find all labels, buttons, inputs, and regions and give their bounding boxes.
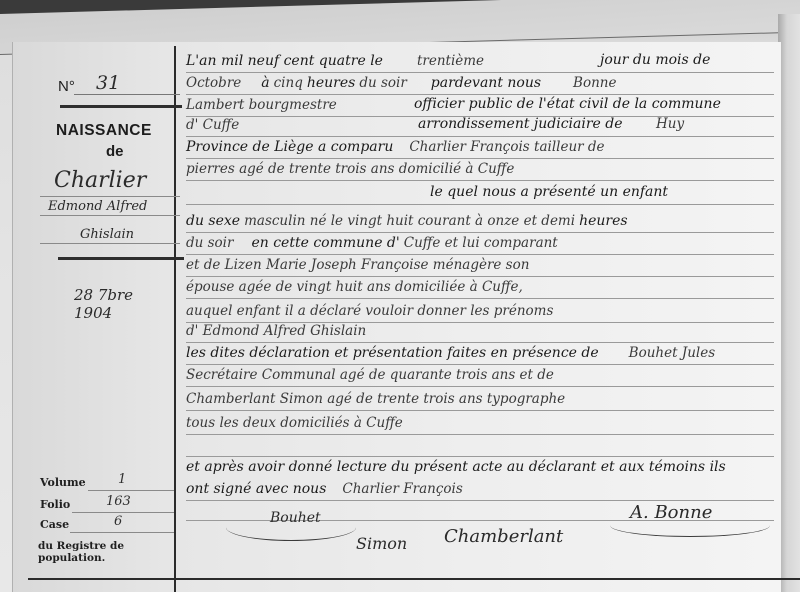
signature-flourish: [226, 514, 356, 541]
record-number-rule: [74, 94, 180, 95]
folio-value: 163: [106, 494, 131, 509]
handwritten-text: Charlier François tailleur de: [409, 139, 604, 155]
printed-text: Province de Liège a comparu: [186, 139, 393, 155]
printed-text: le quel nous a présenté un enfant: [430, 184, 668, 200]
given-rule-1: [40, 215, 180, 216]
printed-text: L'an mil neuf cent quatre le: [186, 53, 383, 69]
margin-divider: [174, 46, 176, 592]
printed-text: officier public de l'état civil de la co…: [414, 96, 721, 112]
body-line-11: épouse agée de vingt huit ans domiciliée…: [186, 278, 774, 302]
body-line-16: Chamberlant Simon agé de trente trois an…: [186, 390, 774, 414]
ruled-line: [186, 410, 774, 411]
margin-mid-divider: [58, 257, 184, 260]
handwritten-text: Bouhet Jules: [629, 345, 715, 361]
record-type-title: NAISSANCE: [56, 122, 152, 140]
body-line-7: le quel nous a présenté un enfant: [186, 184, 774, 208]
body-line-10: et de Lizen Marie Joseph Françoise ménag…: [186, 256, 774, 280]
folio-rule: [72, 512, 174, 513]
body-line-1: L'an mil neuf cent quatre le trentième j…: [186, 52, 774, 76]
ruled-line: [186, 276, 774, 277]
body-line-2: Octobre à cinq heures du soir pardevant …: [186, 74, 774, 98]
body-line-15: Secrétaire Communal agé de quarante troi…: [186, 366, 774, 390]
body-line-4: d' Cuffe arrondissement judiciaire de Hu…: [186, 116, 774, 140]
ruled-line: [186, 254, 774, 255]
printed-text: heures: [579, 213, 627, 229]
case-value: 6: [114, 514, 122, 529]
handwritten-text: Octobre: [186, 75, 241, 91]
handwritten-text: Cuffe et lui comparant: [404, 235, 558, 251]
given-rule-2: [40, 243, 180, 244]
ruled-line: [186, 456, 774, 457]
volume-rule: [88, 490, 174, 491]
ruled-line: [186, 204, 774, 205]
signature-flourish: [610, 514, 770, 537]
ruled-line: [186, 136, 774, 137]
blank-line: [186, 436, 774, 460]
body-line-9: du soir en cette commune d' Cuffe et lui…: [186, 234, 774, 258]
signature-witness-2-first: Simon: [356, 534, 407, 553]
handwritten-text: et de Lizen Marie Joseph Françoise ménag…: [186, 257, 529, 273]
handwritten-text: d' Edmond Alfred Ghislain: [186, 323, 366, 339]
ruled-line: [186, 386, 774, 387]
body-line-17: tous les deux domiciliés à Cuffe: [186, 414, 774, 438]
ruled-line: [186, 342, 774, 343]
printed-text: les dites déclaration et présentation fa…: [186, 345, 599, 361]
handwritten-text: Charlier François: [342, 481, 462, 497]
case-rule: [70, 532, 174, 533]
ruled-line: [186, 298, 774, 299]
handwritten-text: Bonne: [573, 75, 616, 91]
ruled-line: [186, 72, 774, 73]
body-line-6: pierres agé de trente trois ans domicili…: [186, 160, 774, 184]
folio-label: Folio: [40, 498, 70, 511]
handwritten-text: du soir: [359, 75, 406, 91]
ruled-line: [186, 232, 774, 233]
handwritten-text: Lambert bourgmestre: [186, 97, 337, 113]
handwritten-text: pierres agé de trente trois ans domicili…: [186, 161, 514, 177]
ruled-line: [186, 94, 774, 95]
handwritten-text: cinq: [274, 75, 303, 91]
handwritten-text: du soir: [186, 235, 233, 251]
adjacent-page-edge: [778, 14, 800, 592]
ruled-line: [186, 434, 774, 435]
record-number-label: N°: [58, 78, 75, 95]
volume-value: 1: [118, 472, 126, 487]
handwritten-text: épouse agée de vingt huit ans domiciliée…: [186, 279, 523, 295]
handwritten-text: masculin né le vingt huit courant à onze…: [244, 213, 575, 229]
record-number-value: 31: [96, 72, 120, 94]
printed-text: en cette commune d': [251, 235, 399, 251]
volume-label: Volume: [40, 476, 86, 489]
ruled-line: [186, 180, 774, 181]
body-line-8: du sexe masculin né le vingt huit couran…: [186, 212, 774, 236]
body-line-5: Province de Liège a comparu Charlier Fra…: [186, 138, 774, 162]
margin-column: N° 31 NAISSANCE de Charlier Edmond Alfre…: [14, 0, 174, 592]
record-type-de: de: [106, 143, 124, 160]
register-footer: du Registre de population.: [38, 540, 174, 564]
child-given-names-1: Edmond Alfred: [48, 199, 147, 214]
printed-text: pardevant nous: [431, 75, 541, 91]
record-date: 28 7bre 1904: [74, 286, 174, 322]
printed-text: et après avoir donné lecture du présent …: [186, 459, 726, 475]
handwritten-text: Secrétaire Communal agé de quarante troi…: [186, 367, 554, 383]
printed-text: à: [261, 75, 269, 91]
printed-text: du sexe: [186, 213, 240, 229]
handwritten-text: d' Cuffe: [186, 117, 239, 133]
printed-text: ont signé avec nous: [186, 481, 326, 497]
bottom-rule: [28, 578, 800, 580]
handwritten-text: trentième: [417, 53, 484, 69]
surname-rule: [40, 196, 180, 197]
printed-text: jour du mois de: [600, 52, 710, 68]
child-surname: Charlier: [54, 168, 146, 193]
body-line-13: d' Edmond Alfred Ghislain: [186, 322, 774, 346]
handwritten-text: Chamberlant Simon agé de trente trois an…: [186, 391, 565, 407]
closing-line-1: et après avoir donné lecture du présent …: [186, 458, 774, 482]
body-line-14: les dites déclaration et présentation fa…: [186, 344, 774, 368]
thick-divider: [60, 105, 182, 108]
handwritten-text: Huy: [656, 116, 684, 132]
ruled-line: [186, 158, 774, 159]
printed-text: arrondissement judiciaire de: [418, 116, 623, 132]
handwritten-text: auquel enfant il a déclaré vouloir donne…: [186, 303, 553, 319]
case-label: Case: [40, 518, 69, 531]
child-given-names-2: Ghislain: [80, 227, 134, 242]
handwritten-text: tous les deux domiciliés à Cuffe: [186, 415, 403, 431]
ruled-line: [186, 364, 774, 365]
signature-witness-2-last: Chamberlant: [444, 526, 563, 547]
printed-text: heures: [307, 75, 355, 91]
